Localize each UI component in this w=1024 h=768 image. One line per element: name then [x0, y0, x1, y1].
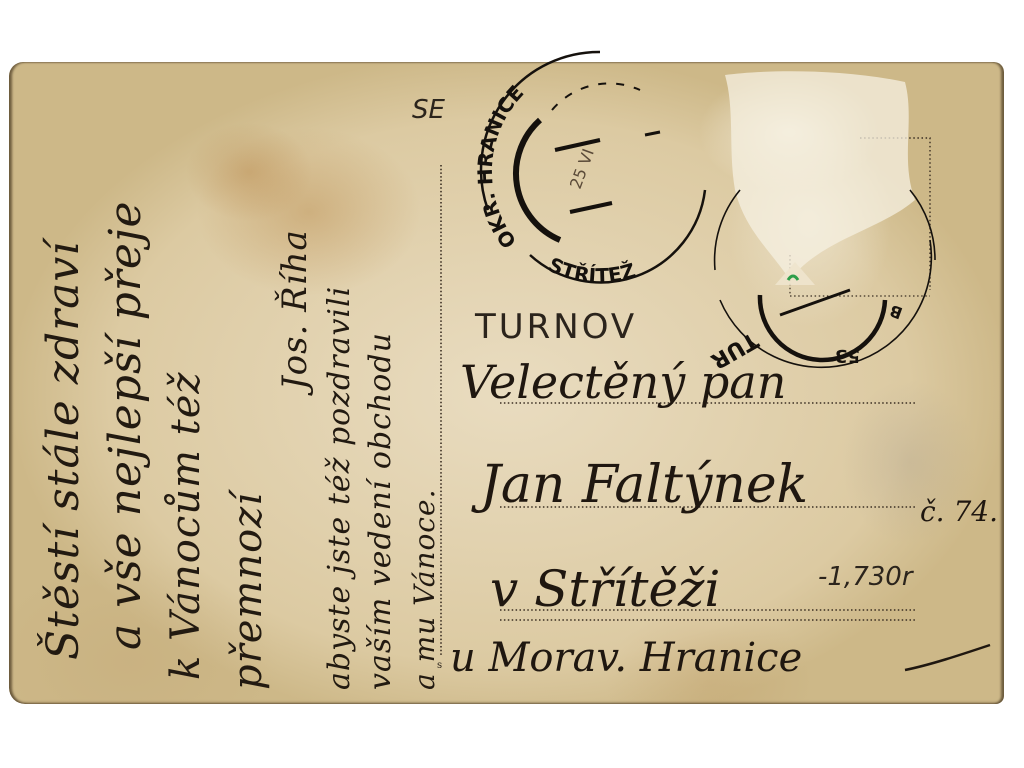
- message-line-6: vaším vedení obchodu: [363, 332, 398, 690]
- signature: Jos. Říha: [275, 229, 315, 390]
- message-line-1: Štěstí stále zdraví: [38, 241, 89, 660]
- message-line-5: abyste jste též pozdravili: [322, 286, 357, 690]
- message-line-3: k Vánocům též: [163, 372, 209, 681]
- message-line-2: a vše nejlepší přeje: [100, 200, 151, 650]
- address-name: Jan Faltýnek: [480, 455, 808, 515]
- address-region: u Morav. Hranice: [450, 635, 802, 681]
- message-line-4: přemnozí: [225, 492, 271, 690]
- message-line-7: a mu Vánoce.: [408, 489, 441, 690]
- address-town: v Střítěži: [490, 560, 720, 618]
- address-house-number: č. 74.: [920, 495, 998, 528]
- photo-scene: Štěstí stále zdraví a vše nejlepší přeje…: [0, 0, 1024, 768]
- address-salutation: Velectěný pan: [460, 355, 786, 409]
